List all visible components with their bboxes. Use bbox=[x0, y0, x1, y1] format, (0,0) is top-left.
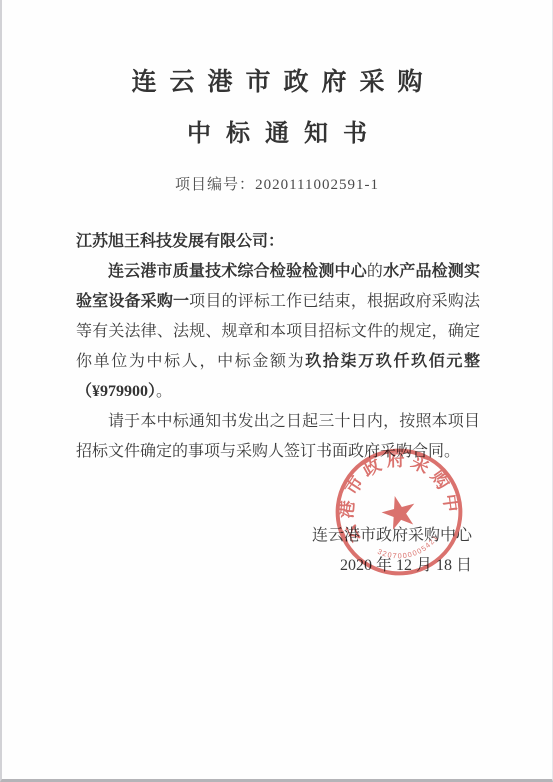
signature-org: 连云港市政府采购中心 bbox=[76, 521, 472, 551]
award-period: 。 bbox=[156, 383, 172, 400]
award-paragraph: 连云港市质量技术综合检验检测中心的水产品检测实验室设备采购一项目的评标工作已结束… bbox=[76, 257, 480, 407]
award-particle: 的 bbox=[367, 263, 383, 280]
project-number-label: 项目编号： bbox=[175, 177, 255, 193]
notice-sheet: 连云港市政府采购 中标通知书 项目编号：2020111002591-1 江苏旭王… bbox=[2, 0, 552, 581]
recipient-line: 江苏旭王科技发展有限公司： bbox=[76, 227, 480, 257]
award-purchaser: 连云港市质量技术综合检验检测中心 bbox=[108, 263, 367, 280]
document-title: 连云港市政府采购 bbox=[2, 70, 552, 95]
document-page: 连云港市政府采购 中标通知书 项目编号：2020111002591-1 江苏旭王… bbox=[0, 0, 553, 782]
contract-paragraph: 请于本中标通知书发出之日起三十日内，按照本项目招标文件确定的事项与采购人签订书面… bbox=[76, 407, 480, 467]
project-number-line: 项目编号：2020111002591-1 bbox=[2, 178, 552, 193]
project-number-value: 2020111002591-1 bbox=[255, 177, 379, 193]
notice-body: 江苏旭王科技发展有限公司： 连云港市质量技术综合检验检测中心的水产品检测实验室设… bbox=[76, 227, 480, 581]
signature-block: 连云港市政府采购中心 2020 年 12 月 18 日 bbox=[76, 521, 480, 581]
document-subtitle: 中标通知书 bbox=[2, 122, 552, 146]
signature-date: 2020 年 12 月 18 日 bbox=[76, 551, 472, 581]
